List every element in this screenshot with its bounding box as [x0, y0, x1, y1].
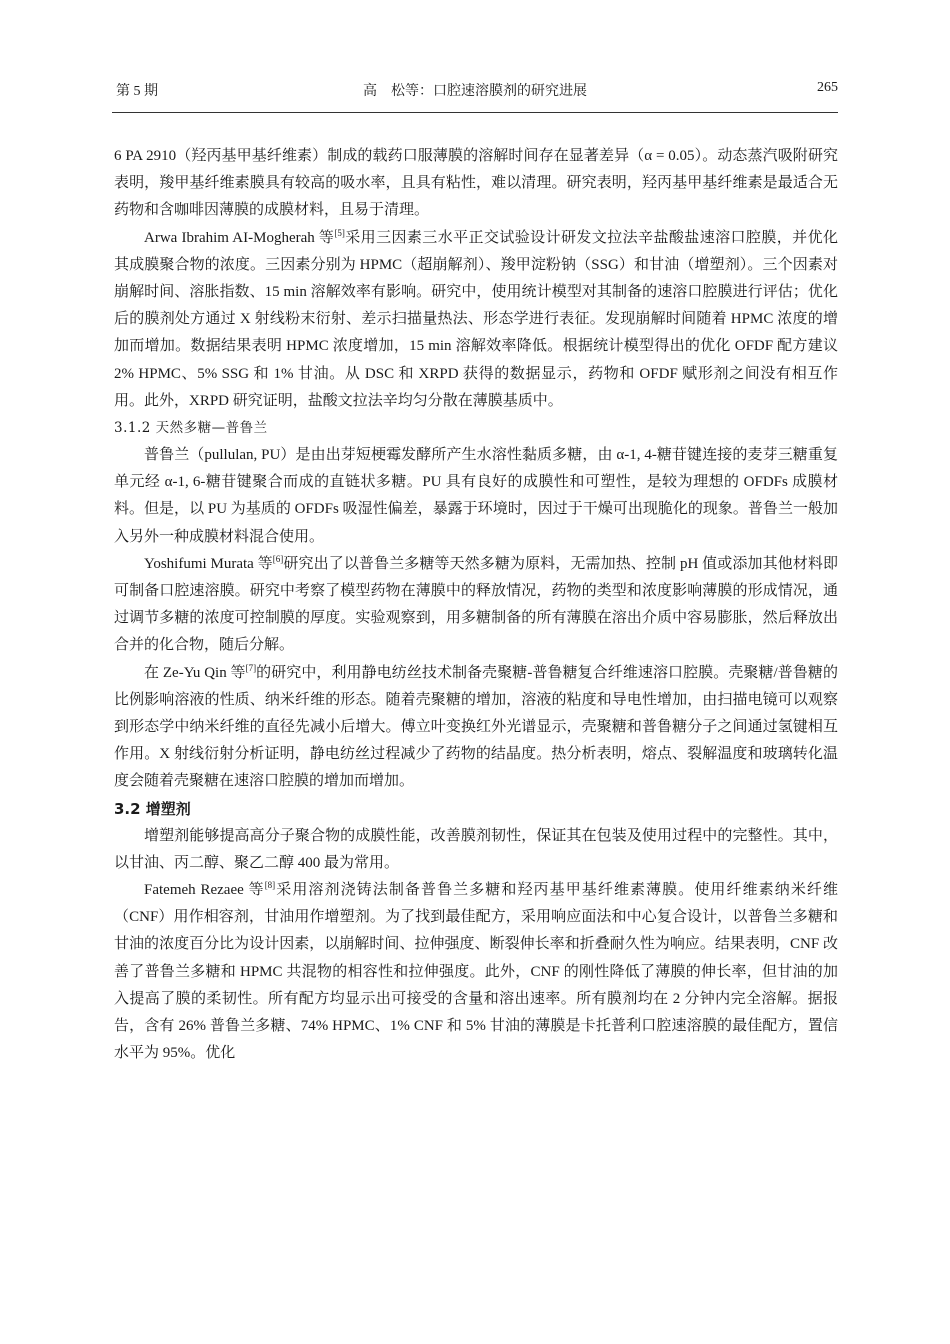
paragraph-text: 的研究中，利用静电纺丝技术制备壳聚糖-普鲁糖复合纤维速溶口腔膜。壳聚糖/普鲁糖的…	[114, 665, 838, 790]
paragraph-qin: 在 Ze-Yu Qin 等[7]的研究中，利用静电纺丝技术制备壳聚糖-普鲁糖复合…	[114, 660, 838, 796]
paragraph-al-mogherah: Arwa Ibrahim AI-Mogherah 等[5]采用三因素三水平正交试…	[114, 225, 838, 415]
section-heading-3-2: 3.2 增塑剂	[114, 796, 838, 823]
running-header: 第 5 期 高 松等：口腔速溶膜剂的研究进展 265	[112, 80, 838, 104]
author-name: Fatemeh Rezaee 等	[144, 882, 265, 898]
paragraph-pullulan: 普鲁兰（pullulan, PU）是由出芽短梗霉发酵所产生水溶性黏质多糖，由 α…	[114, 442, 838, 551]
page-number: 265	[817, 80, 838, 96]
paragraph-rezaee: Fatemeh Rezaee 等[8]采用溶剂浇铸法制备普鲁兰多糖和羟丙基甲基纤…	[114, 877, 838, 1067]
citation-ref[interactable]: [6]	[273, 554, 284, 564]
citation-ref[interactable]: [7]	[246, 663, 257, 673]
paragraph-plasticizer: 增塑剂能够提高高分子聚合物的成膜性能，改善膜剂韧性，保证其在包装及使用过程中的完…	[114, 823, 838, 877]
paragraph-continued: 6 PA 2910（羟丙基甲基纤维素）制成的载药口服薄膜的溶解时间存在显著差异（…	[114, 143, 838, 225]
paragraph-text: 采用溶剂浇铸法制备普鲁兰多糖和羟丙基甲基纤维素薄膜。使用纤维素纳米纤维（CNF）…	[114, 882, 838, 1061]
article-body: 6 PA 2910（羟丙基甲基纤维素）制成的载药口服薄膜的溶解时间存在显著差异（…	[114, 143, 838, 1068]
author-name: 在 Ze-Yu Qin 等	[144, 665, 246, 681]
header-rule	[112, 112, 838, 113]
paragraph-murata: Yoshifumi Murata 等[6]研究出了以普鲁兰多糖等天然多糖为原料，…	[114, 551, 838, 660]
citation-ref[interactable]: [5]	[334, 228, 345, 238]
citation-ref[interactable]: [8]	[265, 880, 276, 890]
paragraph-text: 采用三因素三水平正交试验设计研发文拉法辛盐酸盐速溶口腔膜，并优化其成膜聚合物的浓…	[114, 230, 838, 409]
author-name: Yoshifumi Murata 等	[144, 556, 273, 572]
running-title: 高 松等：口腔速溶膜剂的研究进展	[112, 80, 838, 100]
subsection-heading-3-1-2: 3.1.2 天然多糖—普鲁兰	[114, 415, 838, 442]
author-name: Arwa Ibrahim AI-Mogherah 等	[144, 230, 334, 246]
